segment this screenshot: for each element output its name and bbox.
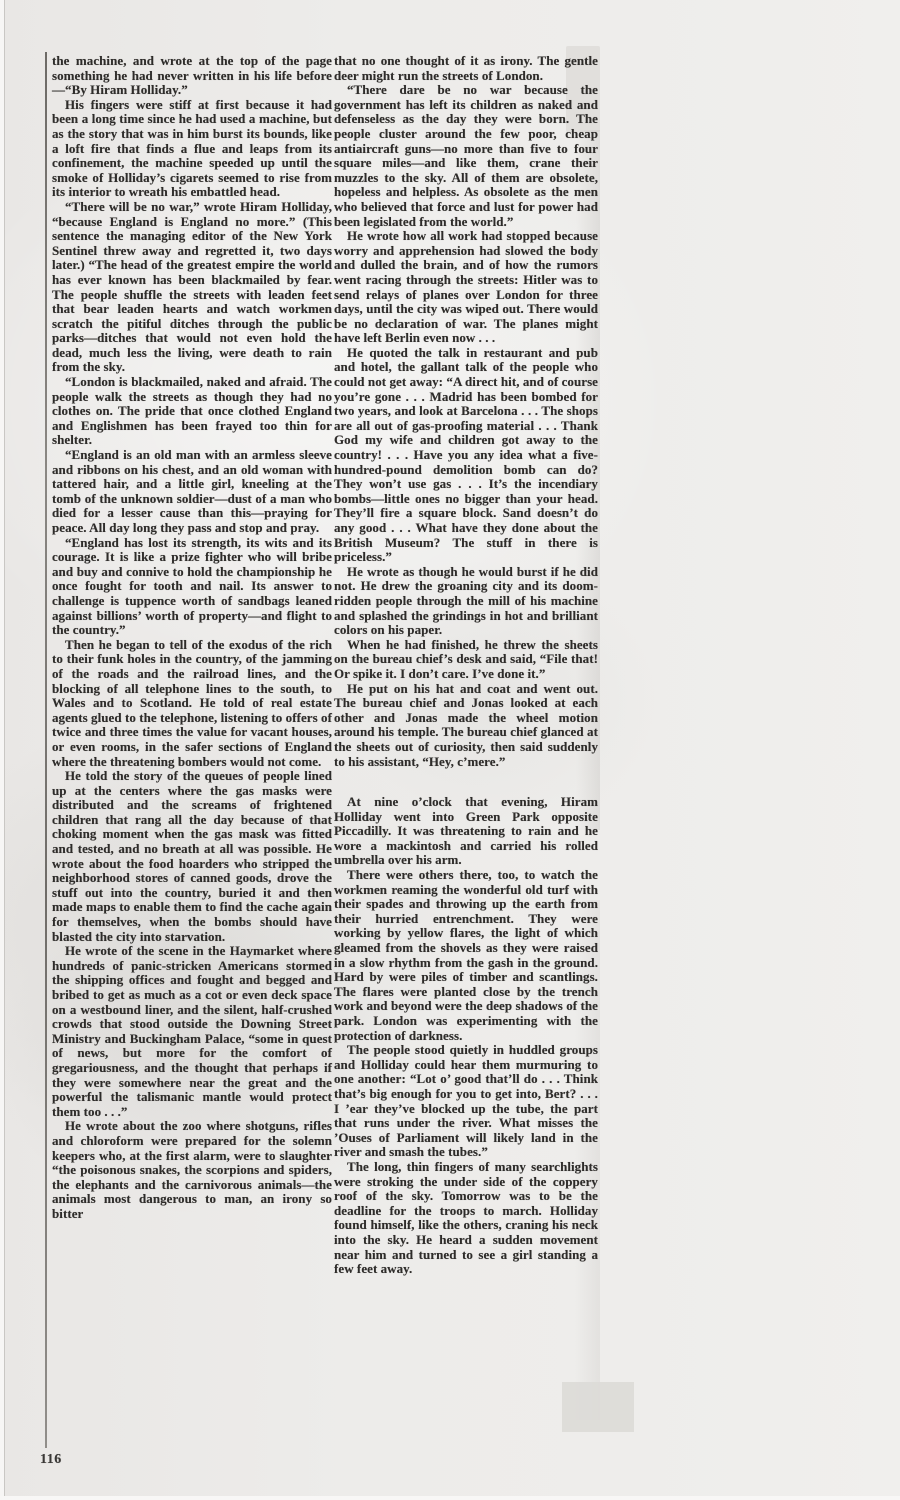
paragraph: There were others there, too, to watch t… xyxy=(334,868,598,1043)
paragraph: His fingers were stiff at first because … xyxy=(52,98,332,200)
paragraph: Then he began to tell of the exodus of t… xyxy=(52,638,332,769)
text-column-left: the machine, and wrote at the top of the… xyxy=(52,54,332,1222)
paragraph: the machine, and wrote at the top of the… xyxy=(52,54,332,98)
paragraph: “England is an old man with an armless s… xyxy=(52,448,332,536)
paragraph: He wrote as though he would burst if he … xyxy=(334,565,598,638)
paragraph: “There dare be no war because the govern… xyxy=(334,83,598,229)
scan-shading-bottom-right xyxy=(562,1382,634,1432)
paragraph: “London is blackmailed, naked and afraid… xyxy=(52,375,332,448)
paragraph: At nine o’clock that evening, Hiram Holl… xyxy=(334,795,598,868)
paragraph: He wrote how all work had stopped becaus… xyxy=(334,229,598,346)
paragraph: He told the story of the queues of peopl… xyxy=(52,769,332,944)
paragraph: He wrote about the zoo where shotguns, r… xyxy=(52,1119,332,1221)
paragraph: He wrote of the scene in the Haymarket w… xyxy=(52,944,332,1119)
paragraph: He quoted the talk in restaurant and pub… xyxy=(334,346,598,565)
column-rule-line xyxy=(45,52,47,1448)
paragraph: that no one thought of it as irony. The … xyxy=(334,54,598,83)
scanned-book-page: the machine, and wrote at the top of the… xyxy=(0,0,900,1500)
section-break xyxy=(334,769,598,795)
text-column-right: that no one thought of it as irony. The … xyxy=(334,54,598,1277)
paragraph: The long, thin fingers of many searchlig… xyxy=(334,1160,598,1277)
paragraph: The people stood quietly in huddled grou… xyxy=(334,1043,598,1160)
paragraph: “England has lost its strength, its wits… xyxy=(52,536,332,638)
paragraph: “There will be no war,” wrote Hiram Holl… xyxy=(52,200,332,375)
scan-edge-line xyxy=(4,0,5,1500)
paragraph: He put on his hat and coat and went out.… xyxy=(334,682,598,770)
page-number: 116 xyxy=(40,1452,62,1468)
paragraph: When he had finished, he threw the sheet… xyxy=(334,638,598,682)
scan-bottom-strip xyxy=(0,1496,900,1500)
